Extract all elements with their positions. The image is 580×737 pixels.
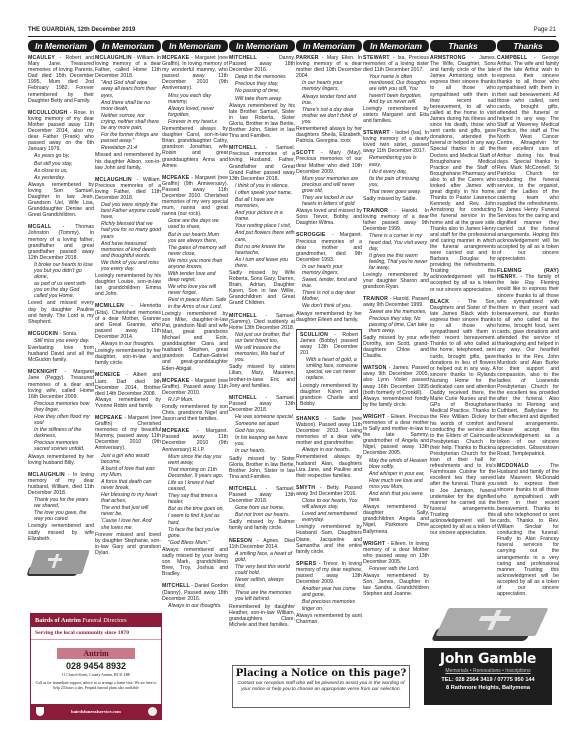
verse-line: A force that death can never break, xyxy=(95,479,161,491)
notice-entry: WATSON - James. Passed away 9th December… xyxy=(363,365,429,408)
verse-line: Forever with the Lord. xyxy=(363,566,429,572)
deceased-name: TRAINOR xyxy=(363,296,388,302)
notice-entry: SHANKS - Sadie (nee Watson). Passed away… xyxy=(296,416,362,479)
verse-line: For the former things are passed away." xyxy=(95,132,161,144)
verse-line: Precious memories how they linger, xyxy=(28,401,94,413)
bairds-footer: bairdsfuneralservice.com xyxy=(31,704,161,719)
remembered-by: Always remembered by daughter Sally, gra… xyxy=(363,504,429,534)
section-band: In Memoriam xyxy=(363,40,429,52)
remembered-by: Sadly missed by Wife Roberta, Sons Gary,… xyxy=(229,270,295,307)
verse-line: The end that just will never be, xyxy=(95,505,161,517)
verse-line: And put flowers there with care, xyxy=(229,230,295,242)
notice-text: MCPEAKE - Margaret (nee Graffin). In lov… xyxy=(162,55,228,92)
remembered-by: Lovingly remembered by your daughter Sha… xyxy=(363,272,429,290)
verse-line: We will treasure the memories, We had of… xyxy=(229,345,295,363)
remembered-by: Forever missed and loved by daughter Ste… xyxy=(95,532,161,556)
deceased-name: MITCHELL xyxy=(229,145,257,151)
remembered-by: Always remembered by Son, James, Daughte… xyxy=(363,573,429,597)
verse-line: The gates of memory will never close, xyxy=(162,245,228,257)
deceased-name: CAMPBELL xyxy=(497,55,527,61)
remembered-by: Lovingly remembered by Husband Sam, Daug… xyxy=(296,524,362,554)
john-gamble-ad[interactable]: John Gamble Memorials • Renovations • In… xyxy=(424,648,552,705)
verse-line: There is not a day dear Mother, xyxy=(296,290,362,302)
verse-line: Richly blessed that we had you for so ma… xyxy=(95,221,161,239)
verse-line: And whisper in your ear, xyxy=(363,471,429,477)
verse-line: Deep in the memories xyxy=(229,74,295,80)
notice-heading: Placing a Notice on this page? xyxy=(233,668,409,679)
deceased-name: TRAINOR xyxy=(363,208,388,214)
verse-line: God has you, xyxy=(229,428,295,434)
verse-line: Not just our brother, But our best frien… xyxy=(229,332,295,344)
verse-line: Always in our thoughts. xyxy=(95,341,161,347)
remembered-by: Everlasting love from husband David and … xyxy=(28,345,94,363)
verse-line: There is a corner in my heart dad, You v… xyxy=(363,233,429,251)
verse-line: Another year has come and gone, xyxy=(296,586,362,598)
deceased-name: FLEMING (RAY) HENRY. xyxy=(497,268,559,280)
verse-line: In his keeping we have you, xyxy=(229,435,295,447)
notice-text: MCDONALD - The Husband and family of the… xyxy=(497,463,559,597)
notice-entry: MCGUCKIN - Sonia.Still miss you every da… xyxy=(28,331,94,363)
verse-line: We think of you and miss you every day. xyxy=(95,260,161,272)
gamble-address: 8 Rathmore Heights, Ballymena xyxy=(424,685,552,691)
notice-text: MITCHELL - Danny. Passed away 18th Decem… xyxy=(229,55,295,73)
notice-entry: WRIGHT - Eileen. In loving memory of a d… xyxy=(363,541,429,598)
bible-icon xyxy=(430,606,550,646)
remembered-by: Remembered always by daughter Carol, son… xyxy=(162,126,228,169)
deceased-name: MCLAUGHLIN xyxy=(95,55,132,61)
verse-line: He was someone special, xyxy=(229,414,295,420)
remembered-by: Remembered by daughter Heather, son-in-l… xyxy=(229,604,295,628)
notice-text: MCLAUGHLIN - William. In loving memory o… xyxy=(95,55,161,79)
verse-line: "God Bless Mum." xyxy=(162,540,228,546)
deceased-name: MCPEAKE xyxy=(162,378,189,384)
notice-text: MCNEICE - Albert and Liam. Dad died 9th … xyxy=(95,372,161,396)
verse-line: Miss you each day mammy, xyxy=(162,93,228,105)
notice-entry: MCNEICE - Albert and Liam. Dad died 9th … xyxy=(95,372,161,409)
notice-entry: MCPEAKE - Margaret. Passed away 11th Dec… xyxy=(162,428,228,577)
notice-text: BLACK - The Son, Daughters and Sister of… xyxy=(430,299,496,537)
notice-entry: MCDONALD - The Husband and family of the… xyxy=(497,463,559,597)
verse-line: Mum since the day you went away, xyxy=(162,454,228,466)
verse-line: Neither sorrow, nor crying, neither shal… xyxy=(95,113,161,131)
section-band: In Memoriam xyxy=(28,40,94,52)
notice-text: CAMPBELL - George Arthur. The wife and f… xyxy=(497,55,559,262)
deceased-name: MITCHELL xyxy=(229,55,257,61)
verse-line: Will take them away. xyxy=(229,96,295,102)
notice-text: MCPEAKE - Margaret (nee Graffin) Cherish… xyxy=(95,415,161,452)
verse-line: That morning on 11th December, 9 years a… xyxy=(162,467,228,479)
verse-line: Sweet, tender, fond and true. xyxy=(296,277,362,289)
column-8: ThanksCAMPBELL - George Arthur. The wife… xyxy=(497,40,559,603)
remembered-by: Always remembered by her daughter Eileen… xyxy=(296,311,362,323)
section-band: Thanks xyxy=(497,40,559,52)
deceased-name: MCGALL xyxy=(28,224,51,230)
verse-line: I often speak your name, xyxy=(229,190,295,196)
verse-line: And your picture in a frame. xyxy=(229,210,295,222)
notice-entry: CAMPBELL - George Arthur. The wife and f… xyxy=(497,55,559,262)
notice-text: NEESON - Agnes. Died 11th December 2014. xyxy=(229,538,295,550)
notice-entry: FLEMING (RAY) HENRY. - The family of the… xyxy=(497,268,559,457)
notice-entry: MCAULEY - Robert and Mary Jane. Treasure… xyxy=(28,55,94,104)
notice-entry: MITCHELL - Samuel. Passed away 13th Dece… xyxy=(229,486,295,532)
notice-entry: MCKNIGHT - Margaret Jane (Peggy). Treasu… xyxy=(28,369,94,465)
verse-line: Always loved, never forgotten, xyxy=(162,106,228,118)
page-header: THE GUARDIAN, 12th December 2019 Page 21 xyxy=(28,27,556,37)
verse-line: Gone are the days we used to share, xyxy=(162,218,228,230)
remembered-by: Always remembered and sadly missed by yo… xyxy=(162,547,228,577)
remembered-by: Loved and missed every day by daughter P… xyxy=(28,300,94,324)
verse-line: It broke our hearts to lose you but you … xyxy=(28,262,94,280)
remembered-by: Sadly missed by your wife Dorothy, son S… xyxy=(363,335,429,359)
notice-entry: PARKER - Mary Ellen. In loving memory of… xyxy=(296,55,362,144)
verse-line: Dad you were simply the best Father anyo… xyxy=(95,202,161,220)
notice-text: MITCHELL - Samuel. (Sammy). Died suddenl… xyxy=(229,313,295,331)
deceased-name: MCPEAKE xyxy=(95,415,122,421)
deceased-name: MCPEAKE xyxy=(162,428,189,434)
notice-entry: SCOTT - Mary (May). Precious memories of… xyxy=(296,150,362,226)
verse-line: Thank you for the years we shared, xyxy=(28,497,94,509)
notice-text: SMYTH - Betty. Passed away 3rd December … xyxy=(296,485,362,497)
deceased-name: PARKER xyxy=(296,55,319,61)
deceased-name: WATSON xyxy=(363,365,387,371)
verse-line: Life as I knew it had ceased, xyxy=(162,480,228,492)
verse-line: How they often flood my soul xyxy=(28,414,94,426)
notice-text: ARMSTRONG - James. The Wife, Daughter, S… xyxy=(430,55,496,293)
verse-line: But no one knows the heartache, xyxy=(229,244,295,256)
verse-line: To face the fact you've gone. xyxy=(162,527,228,539)
verse-line: Close to our hearts, You will always sta… xyxy=(296,498,362,510)
remembered-by: Missed and remembered by his daughter Al… xyxy=(95,152,161,170)
notice-entry: SCULLION - Robert James (Bobby) passed a… xyxy=(296,329,362,410)
remembered-by: Always loved and missed by Sons Trevor, … xyxy=(296,208,362,226)
notice-text: MITCHELL - Samuel. Passed away 13th Dece… xyxy=(229,395,295,413)
verse-line: R.I.P Mum. xyxy=(162,397,228,403)
verse-line: Your resting place I visit, xyxy=(229,223,295,229)
section-band: In Memoriam xyxy=(229,40,295,52)
verse-line: But not from our hearts. xyxy=(229,512,295,518)
notice-text: MCPEAKE - Margaret (nee Graffin) (9th An… xyxy=(162,175,228,218)
verse-line: We who love you will never forget, xyxy=(162,284,228,296)
verse-line: I seem to find it just as hard, xyxy=(162,513,228,525)
verse-line: Always tender fond and true. xyxy=(296,94,362,106)
notice-text: MCLAUGHLIN - In loving memory of my dear… xyxy=(28,472,94,496)
verse-line: The very best this world could hold, xyxy=(229,564,295,576)
deceased-name: MCPEAKE xyxy=(162,55,189,61)
section-band: In Memoriam xyxy=(296,40,362,52)
verse-line: As close to us, xyxy=(28,168,94,174)
notice-text: MCMILLEN - Henrietta (Etta). Cherished m… xyxy=(95,303,161,340)
column-7: ThanksARMSTRONG - James. The Wife, Daugh… xyxy=(430,40,496,542)
remembered-by: Lovingly remembered and sadly missed by … xyxy=(28,523,94,541)
deceased-name: STEWART xyxy=(363,130,390,136)
remembered-by: Always remembered by loving Son Samuel, … xyxy=(28,182,94,219)
remembered-by: Lovingly remembered by his daughter Loui… xyxy=(95,273,161,297)
notice-entry: MCPEAKE - Margaret (nee Graffin) (9th An… xyxy=(162,175,228,372)
verse-line: In our hearts your memory lingers, xyxy=(296,264,362,276)
verse-line: How much we love and miss you Mum, xyxy=(363,478,429,490)
bairds-town: Antrim xyxy=(57,648,135,659)
remembered-by: Always remembered fondly by the family c… xyxy=(363,396,429,408)
section-band: Thanks xyxy=(430,40,496,52)
notice-entry: MCCULLOUGH - Rose. In loving memory of m… xyxy=(28,110,94,219)
verse-line: Never selfish, always kind, xyxy=(229,577,295,589)
notice-text: MITCHELL - Samuel. Passed away 13th Dece… xyxy=(229,486,295,504)
notice-entry: MCLAUGHLIN - William. Precious memories … xyxy=(95,177,161,298)
deceased-name: MITCHELL xyxy=(162,583,190,589)
verse-line: Gone from our home, xyxy=(229,505,295,511)
deceased-name: MCLAUGHLIN xyxy=(95,177,132,183)
notice-entry: ARMSTRONG - James. The Wife, Daughter, S… xyxy=(430,55,496,293)
verse-line: No passing of time, xyxy=(229,88,295,94)
deceased-name: MCNEICE xyxy=(95,372,120,378)
notice-text: MCLAUGHLIN - William. Precious memories … xyxy=(95,177,161,201)
notice-entry: MCMILLEN - Henrietta (Etta). Cherished m… xyxy=(95,303,161,366)
deceased-name: NEESON xyxy=(229,538,252,544)
verse-line: There's not a day dear mother we don't t… xyxy=(296,107,362,125)
remembered-by: Sadly missed by Sister Gloria, Brother i… xyxy=(229,456,295,480)
notice-entry: STEWART - Isa. Precious memories of a lo… xyxy=(363,55,429,124)
notice-entry: MITCHELL - Samuel. Precious memories of … xyxy=(229,145,295,306)
notice-text: SCOTT - Mary (May). Precious memories of… xyxy=(296,150,362,174)
notice-entry: STEWART - Isobel (Isa). In loving memory… xyxy=(363,130,429,202)
notice-entry: MCPEAKE - Margaret (nee Graffin). Passed… xyxy=(162,378,228,423)
deceased-name: MITCHELL xyxy=(229,395,257,401)
notice-body: Contact our reception staff who will be … xyxy=(233,681,409,693)
verse-line: In our hearts your memory lingers, xyxy=(296,80,362,92)
column-5: In MemoriamPARKER - Mary Ellen. In lovin… xyxy=(296,40,362,631)
notice-text: MCCULLOUGH - Rose. In loving memory of m… xyxy=(28,110,94,153)
verse-line: Your name is often mentioned, Our though… xyxy=(363,74,429,104)
notice-entry: MCPEAKE - Margaret (nee Graffin). In lov… xyxy=(162,55,228,169)
remembered-by: Remembered always by her daughters Sheil… xyxy=(296,126,362,144)
section-band: In Memoriam xyxy=(162,40,228,52)
deceased-name: SCROGGIE xyxy=(296,232,326,238)
bible-icon xyxy=(28,548,88,580)
notice-entry: TRAINOR - Harold. In loving memory of a … xyxy=(363,208,429,290)
verse-line: And wish that you were here. xyxy=(363,491,429,503)
notice-text: TRAINOR - Harold. In loving memory of a … xyxy=(363,208,429,232)
verse-line: They say that times a healer, xyxy=(162,493,228,505)
notice-text: MCKNIGHT - Margaret Jane (Peggy). Treasu… xyxy=(28,369,94,399)
deceased-name: BLACK xyxy=(430,299,449,305)
bairds-website[interactable]: bairdsfuneralservice.com xyxy=(71,709,121,714)
column-6: In MemoriamSTEWART - Isa. Precious memor… xyxy=(363,40,429,604)
verse-line: And have treasured memories of kind deed… xyxy=(95,241,161,259)
verse-line: We miss you more than anyone knows, xyxy=(162,258,228,270)
remembered-by: Always remembered by her loving husband … xyxy=(28,454,94,466)
deceased-name: ARMSTRONG xyxy=(430,55,466,61)
verse-line: But all I have are memories, xyxy=(229,197,295,209)
notice-entry: TRAINOR - Harold. Passed away 9th Decemb… xyxy=(363,296,429,359)
remembered-by: Lovingly remembered by son Mike, daughte… xyxy=(162,311,228,372)
notice-text: MCPEAKE - Margaret. Passed away 11th Dec… xyxy=(162,428,228,452)
remembered-by: Always remembered by aunt Charman. xyxy=(296,613,362,625)
bairds-address: 11 Church Street, County Antrim, BT41 4B… xyxy=(31,673,161,677)
verse-line: Its the pain of missing you, xyxy=(363,176,429,188)
verse-line: I think of you in silence, xyxy=(229,183,295,189)
deceased-name: SPIERS xyxy=(296,561,316,567)
gamble-phone[interactable]: TEL: 028 2564 3419 / 07775 950 144 xyxy=(424,677,552,683)
deceased-name: SCULLION xyxy=(300,332,328,338)
verse-line: Sweet are the memories, Precious they st… xyxy=(363,309,429,333)
notice-text: WATSON - James. Passed away 9th December… xyxy=(363,365,429,395)
notice-text: MCAULEY - Robert and Mary Jane. Treasure… xyxy=(28,55,94,104)
deceased-name: SCOTT xyxy=(296,150,315,156)
notice-text: STEWART - Isa. Precious memories of a lo… xyxy=(363,55,429,73)
deceased-name: MCKNIGHT xyxy=(28,369,58,375)
verse-line: Precious memories sacred scenes unfold. xyxy=(28,440,94,452)
verse-line: Her blessing to my heart that aches, xyxy=(95,492,161,504)
deceased-name: MITCHELL xyxy=(229,313,257,319)
verse-line: Someone set apart xyxy=(229,421,295,427)
verse-line: But still you stay, xyxy=(28,161,94,167)
notice-entry: SMYTH - Betty. Passed away 3rd December … xyxy=(296,485,362,555)
bairds-phone[interactable]: 028 9454 8932 xyxy=(31,661,161,671)
verse-line: In our hearts. xyxy=(229,448,295,454)
deceased-name: MCPEAKE xyxy=(162,175,189,181)
notice-text: MITCHELL - Samuel. Precious memories of … xyxy=(229,145,295,182)
verse-line: But precious memories linger on. xyxy=(296,599,362,611)
verse-line: We don't think of you. xyxy=(296,303,362,309)
verse-line: In the stillness of the darkness, xyxy=(28,427,94,439)
verse-line: Revelation 21:4 xyxy=(95,145,161,151)
deceased-name: WRIGHT xyxy=(363,414,385,420)
verse-line: I do it every day, xyxy=(363,169,429,175)
verse-line: It gives me this warm feeling, That you'… xyxy=(363,253,429,271)
verse-line: 'Cause I love her. And she loves me. xyxy=(95,518,161,530)
verse-line: as part of us went with you on the day G… xyxy=(28,281,94,299)
remembered-by: Lovingly remembered by her daughter, son… xyxy=(95,348,161,366)
verse-line: As I turn and leave you there. xyxy=(229,257,295,269)
column-1: In MemoriamMCAULEY - Robert and Mary Jan… xyxy=(28,40,94,584)
notice-entry: MITCHELL - Samuel. (Sammy). Died suddenl… xyxy=(229,313,295,389)
notice-text: WRIGHT - Eileen. Precious memories of a … xyxy=(363,414,429,457)
notice-entry: MCLAUGHLIN - In loving memory of my dear… xyxy=(28,472,94,542)
notice-entry: SPIERS - Trevor. In loving memory of my … xyxy=(296,561,362,625)
deceased-name: MCMILLEN xyxy=(95,303,124,309)
verse-line: They are locked in our hearts in letters… xyxy=(296,195,362,207)
verse-line: As years go by, xyxy=(28,153,94,159)
verse-line: May the winds of Heaven blow softly, xyxy=(363,458,429,470)
verse-line: But in our hearts Mum you are always the… xyxy=(162,232,228,244)
notice-text: SHANKS - Sadie (nee Watson). Passed away… xyxy=(296,416,362,446)
deceased-name: SMYTH xyxy=(296,485,315,491)
verse-line: That never goes away. xyxy=(363,189,429,195)
notice-text: STEWART - Isobel (Isa). In loving memory… xyxy=(363,130,429,154)
verse-line: With tender love and deep regret, xyxy=(162,271,228,283)
verse-line: Still miss you every day. xyxy=(28,338,94,344)
verse-line: A smiling face, a heart of gold, xyxy=(229,551,295,563)
notice-text: MCGUCKIN - Sonia. xyxy=(28,331,94,337)
notice-entry: WRIGHT - Eileen. Precious memories of a … xyxy=(363,414,429,535)
verse-line: And there shall be no more death, xyxy=(95,100,161,112)
remembered-by: Remembered always by husband Alan, daugh… xyxy=(296,454,362,478)
notice-entry: MCPEAKE - Margaret (nee Graffin) Cherish… xyxy=(95,415,161,556)
notice-text: FLEMING (RAY) HENRY. - The family of the… xyxy=(497,268,559,457)
section-band: In Memoriam xyxy=(95,40,161,52)
notice-entry: MITCHELL - Samuel. Passed away 13th Dece… xyxy=(229,395,295,480)
placing-notice-box: Placing a Notice on this page? Contact o… xyxy=(232,665,410,708)
verse-line: Always in our thoughts. xyxy=(162,603,228,609)
deceased-name: MCCULLOUGH xyxy=(28,110,67,116)
notice-entry: BLACK - The Son, Daughters and Sister of… xyxy=(430,299,496,537)
bairds-funeral-ad[interactable]: Bairds of Antrim Funeral Directors Servi… xyxy=(30,613,162,720)
verse-line: The love you gave, the way you cared. xyxy=(28,510,94,522)
deceased-name: MITCHELL xyxy=(229,486,257,492)
verse-line: Precious they stay, xyxy=(229,81,295,87)
remembered-by: Sadly missed by Sadie. xyxy=(363,196,429,202)
verse-line: Forever in my heart.x xyxy=(162,119,228,125)
verse-line: These are the memories you left behind. xyxy=(229,590,295,602)
verse-line: "And God shall wipe away all tears from … xyxy=(95,80,161,98)
bairds-title: Bairds of Antrim Funeral Directors xyxy=(31,614,161,627)
bairds-crest-icon xyxy=(148,707,157,716)
verse-line: Remembering you is easy, xyxy=(363,155,429,167)
verse-line: Just a girl who would become, xyxy=(95,453,161,465)
notice-entry: MCLAUGHLIN - William. In loving memory o… xyxy=(95,55,161,171)
column-3: In MemoriamMCPEAKE - Margaret (nee Graff… xyxy=(162,40,228,615)
gamble-name: John Gamble xyxy=(424,651,552,667)
remembered-by: Lovingly remembered by sisters Margaret … xyxy=(363,106,429,124)
notice-text: PARKER - Mary Ellen. In loving memory of… xyxy=(296,55,362,79)
verse-line: Mum your memories are precious and will … xyxy=(296,176,362,194)
notice-text: WRIGHT - Eileen. In loving memory of a d… xyxy=(363,541,429,565)
deceased-name: MCLAUGHLIN xyxy=(28,472,65,478)
column-2: In MemoriamMCLAUGHLIN - William. In lovi… xyxy=(95,40,161,562)
notice-text: SCULLION - Robert James (Bobby) passed a… xyxy=(300,332,358,356)
notice-text: MITCHELL - Daniel Gordon (Danny). Passed… xyxy=(162,583,228,601)
deceased-name: MCDONALD xyxy=(497,463,529,469)
notice-entry: MITCHELL - Daniel Gordon (Danny). Passed… xyxy=(162,583,228,608)
bairds-info: Call us for immediate support, advice or… xyxy=(31,681,161,691)
bairds-logo-icon xyxy=(36,707,44,716)
verse-line: Always in our hearts. xyxy=(296,447,362,453)
verse-line: Loved and remembered everyday. xyxy=(296,511,362,523)
deceased-name: MCGUCKIN xyxy=(28,331,58,337)
masthead: THE GUARDIAN, 12th December 2019 xyxy=(28,27,135,33)
notice-entry: MITCHELL - Danny. Passed away 18th Decem… xyxy=(229,55,295,139)
verse-line: A burst of love that was my Mum, xyxy=(95,466,161,478)
column-4: In MemoriamMITCHELL - Danny. Passed away… xyxy=(229,40,295,634)
deceased-name: MCAULEY xyxy=(28,55,55,61)
notice-text: TRAINOR - Harold. Passed away 9th Decemb… xyxy=(363,296,429,308)
deceased-name: STEWART xyxy=(363,55,390,61)
notice-text: MCGALL - Thomas Johnston (Tommy). In mem… xyxy=(28,224,94,261)
notice-text: MCPEAKE - Margaret (nee Graffin). Passed… xyxy=(162,378,228,396)
remembered-by: Always remembered by his late Brother Sa… xyxy=(229,103,295,140)
deceased-name: SHANKS xyxy=(296,416,319,422)
remembered-by: Fondly remembered by son Chris, grandson… xyxy=(162,404,228,422)
remembered-by: Lovingly remembered by daughter Karen an… xyxy=(300,383,358,407)
gamble-services: Memorials • Renovations • Inscriptions xyxy=(424,668,552,674)
verse-line: As yesterday. xyxy=(28,175,94,181)
deceased-name: WRIGHT xyxy=(363,541,385,547)
notice-entry: SCROGGIE - Margaret. Precious memories o… xyxy=(296,232,362,322)
notice-entry: MCGALL - Thomas Johnston (Tommy). In mem… xyxy=(28,224,94,325)
verse-line: But as the time goes on, xyxy=(162,506,228,512)
verse-line: Rest in peace Mum. Safe in the Arms of o… xyxy=(162,297,228,309)
notice-text: SCROGGIE - Margaret. Precious memories o… xyxy=(296,232,362,262)
notice-entry: NEESON - Agnes. Died 11th December 2014.… xyxy=(229,538,295,628)
remembered-by: Always remembered by Yvonne Robin and fa… xyxy=(95,397,161,409)
remembered-by: Sadly missed by Balmer family and family… xyxy=(229,519,295,531)
notice-text: SPIERS - Trevor. In loving memory of my … xyxy=(296,561,362,585)
bairds-serving: Serving the local community since 1870 xyxy=(31,627,161,640)
page-number: Page 21 xyxy=(534,27,556,33)
remembered-by: Sadly missed by sisters Lilian, Mary, Ma… xyxy=(229,364,295,388)
verse-line: With a heart of gold, a smiling face, so… xyxy=(300,357,358,381)
